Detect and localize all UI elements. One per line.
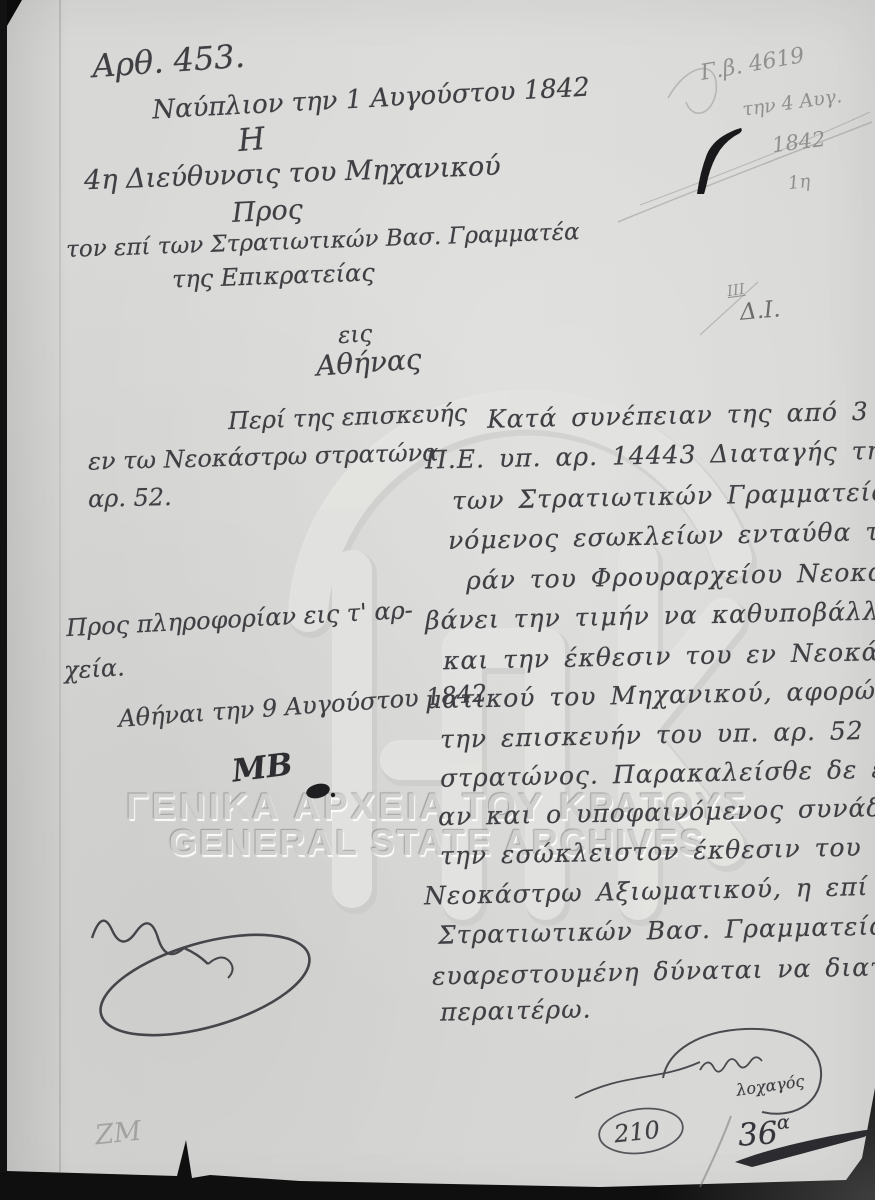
scan-edge-artifacts	[0, 0, 875, 1200]
scanned-document-page: ΓΕΝΙΚΑ ΑΡΧΕΙΑ ΤΟΥ ΚΡΑΤΟΥΣ GENERAL STATE …	[0, 0, 875, 1200]
